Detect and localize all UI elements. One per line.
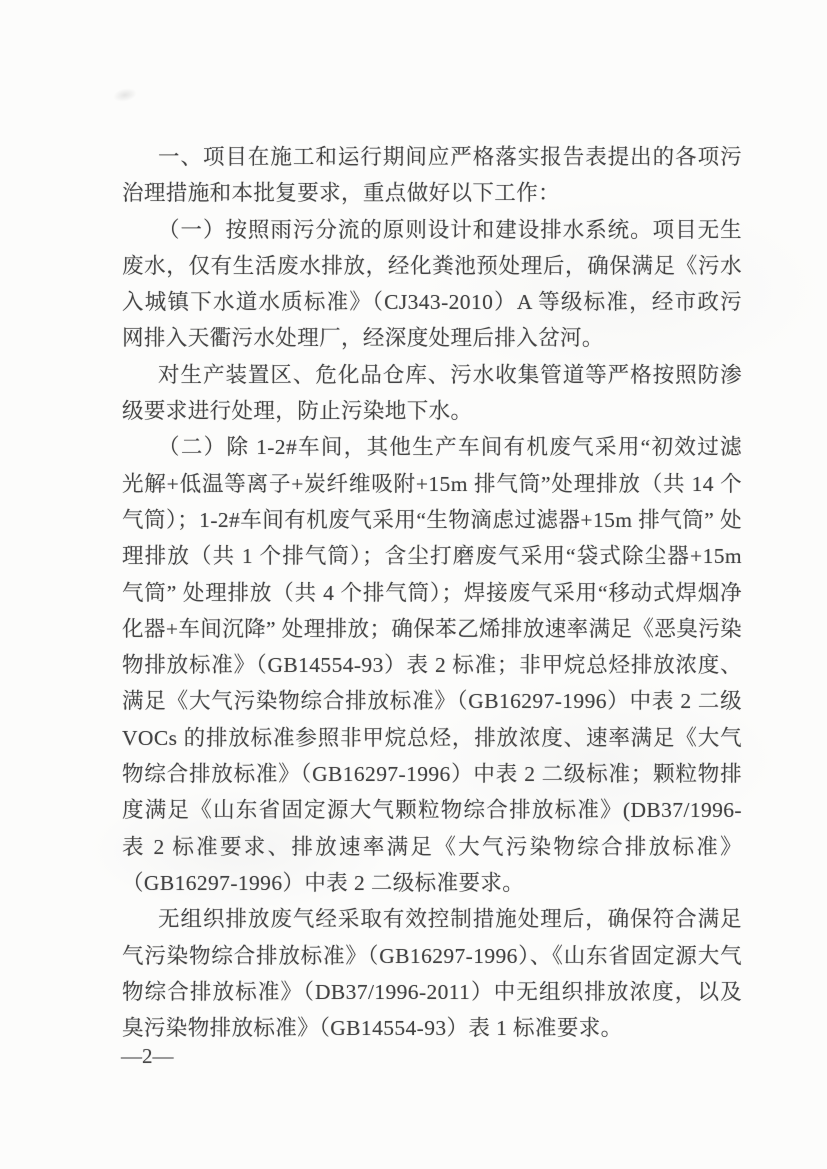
text-line: 理排放（共 1 个排气筒）；含尘打磨废气采用“袋式除尘器+15m 排 xyxy=(122,538,742,574)
text-line: 表 2 标准要求、排放速率满足《大气污染物综合排放标准》 xyxy=(122,829,742,865)
text-line: 废水，仅有生活废水排放，经化粪池预处理后，确保满足《污水排 xyxy=(122,248,742,284)
text-line: VOCs 的排放标准参照非甲烷总烃，排放浓度、速率满足《大气污染 xyxy=(122,720,742,756)
text-line: 无组织排放废气经采取有效控制措施处理后，确保符合满足《大 xyxy=(122,901,742,937)
text-line: 臭污染物排放标准》（GB14554-93）表 1 标准要求。 xyxy=(122,1010,742,1046)
text-line: 气污染物综合排放标准》（GB16297-1996）、《山东省固定源大气颗粒 xyxy=(122,938,742,974)
text-line: 网排入天衢污水处理厂，经深度处理后排入岔河。 xyxy=(122,320,742,356)
page-number: —2— xyxy=(121,1042,174,1070)
text-line: （二）除 1-2#车间，其他生产车间有机废气采用“初效过滤+UV xyxy=(122,429,742,465)
text-line: 对生产装置区、危化品仓库、污水收集管道等严格按照防渗等 xyxy=(122,357,742,393)
text-line: 度满足《山东省固定源大气颗粒物综合排放标准》(DB37/1996-2011) xyxy=(122,792,742,828)
scan-smudge xyxy=(111,85,139,104)
text-line: （一）按照雨污分流的原则设计和建设排水系统。项目无生产 xyxy=(122,212,742,248)
scanned-document-page: 一、项目在施工和运行期间应严格落实报告表提出的各项污染 治理措施和本批复要求，重… xyxy=(0,0,827,1169)
text-line: 光解+低温等离子+炭纤维吸附+15m 排气筒”处理排放（共 14 个排 xyxy=(122,466,742,502)
text-line: 治理措施和本批复要求，重点做好以下工作： xyxy=(122,175,742,211)
text-line: 化器+车间沉降” 处理排放；确保苯乙烯排放速率满足《恶臭污染 xyxy=(122,611,742,647)
text-line: 气筒” 处理排放（共 4 个排气筒）；焊接废气采用“移动式焊烟净 xyxy=(122,575,742,611)
text-line: （GB16297-1996）中表 2 二级标准要求。 xyxy=(122,865,742,901)
text-line: 满足《大气污染物综合排放标准》（GB16297-1996）中表 2 二级标准； xyxy=(122,683,742,719)
text-line: 物综合排放标准》（GB16297-1996）中表 2 二级标准；颗粒物排放浓 xyxy=(122,756,742,792)
text-line: 物综合排放标准》（DB37/1996-2011）中无组织排放浓度，以及《恶 xyxy=(122,974,742,1010)
text-line: 入城镇下水道水质标准》（CJ343-2010）A 等级标准，经市政污水管 xyxy=(122,284,742,320)
text-line: 一、项目在施工和运行期间应严格落实报告表提出的各项污染 xyxy=(122,139,742,175)
document-text-block: 一、项目在施工和运行期间应严格落实报告表提出的各项污染 治理措施和本批复要求，重… xyxy=(122,139,742,1046)
text-line: 气筒）；1-2#车间有机废气采用“生物滴虑过滤器+15m 排气筒” 处 xyxy=(122,502,742,538)
text-line: 物排放标准》（GB14554-93）表 2 标准；非甲烷总烃排放浓度、速率 xyxy=(122,647,742,683)
text-line: 级要求进行处理，防止污染地下水。 xyxy=(122,393,742,429)
